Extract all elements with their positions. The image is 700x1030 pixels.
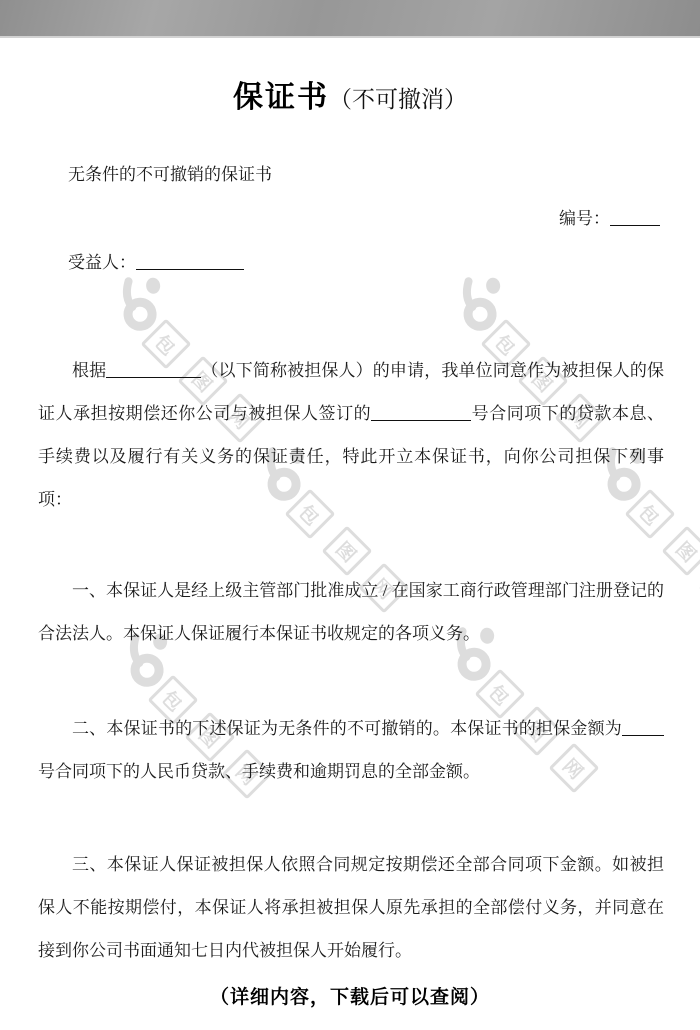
beneficiary-label: 受益人： xyxy=(68,253,136,272)
document-number-row: 编号： xyxy=(559,204,660,229)
paragraph-intro: 根据（以下简称被担保人）的申请，我单位同意作为被担保人的保证人承担按期偿还你公司… xyxy=(38,349,664,521)
intro-text-1: 根据 xyxy=(72,361,106,380)
beneficiary-blank-line xyxy=(136,254,244,270)
guarantee-letter-document: 包 图 网 包 图 网 包 xyxy=(0,0,700,1030)
guarantee-amount-blank-line xyxy=(622,720,664,736)
number-blank-line xyxy=(610,210,660,226)
document-subtitle: 无条件的不可撤销的保证书 xyxy=(68,160,272,185)
page-title: 保证书 xyxy=(233,81,329,114)
paragraph-item-1: 一、本保证人是经上级主管部门批准成立 / 在国家工商行政管理部门注册登记的合法法… xyxy=(38,569,664,655)
contract-number-blank-line xyxy=(371,405,471,421)
beneficiary-row: 受益人： xyxy=(68,248,244,273)
baotu-logo-icon xyxy=(458,276,506,332)
watermark-char-tu: 图 xyxy=(662,526,700,577)
footer-note: （详细内容，下载后可以查阅） xyxy=(0,982,700,1009)
paragraph-item-2: 二、本保证书的下述保证为无条件的不可撤销的。本保证书的担保金额为号合同项下的人民… xyxy=(38,707,664,793)
page-title-note: （不可撤消） xyxy=(329,87,467,112)
baotu-logo-icon xyxy=(118,276,166,332)
document-title-row: 保证书（不可撤消） xyxy=(0,72,700,116)
item2-text-2: 号合同项下的人民币贷款、手续费和逾期罚息的全部金额。 xyxy=(38,762,480,781)
page-top-banner xyxy=(0,0,700,38)
guaranteed-party-blank-line xyxy=(106,362,201,378)
number-label: 编号： xyxy=(559,209,610,228)
item2-text-1: 二、本保证书的下述保证为无条件的不可撤销的。本保证书的担保金额为 xyxy=(72,719,622,738)
paragraph-item-3: 三、本保证人保证被担保人依照合同规定按期偿还全部合同项下金额。如被担保人不能按期… xyxy=(38,843,664,972)
